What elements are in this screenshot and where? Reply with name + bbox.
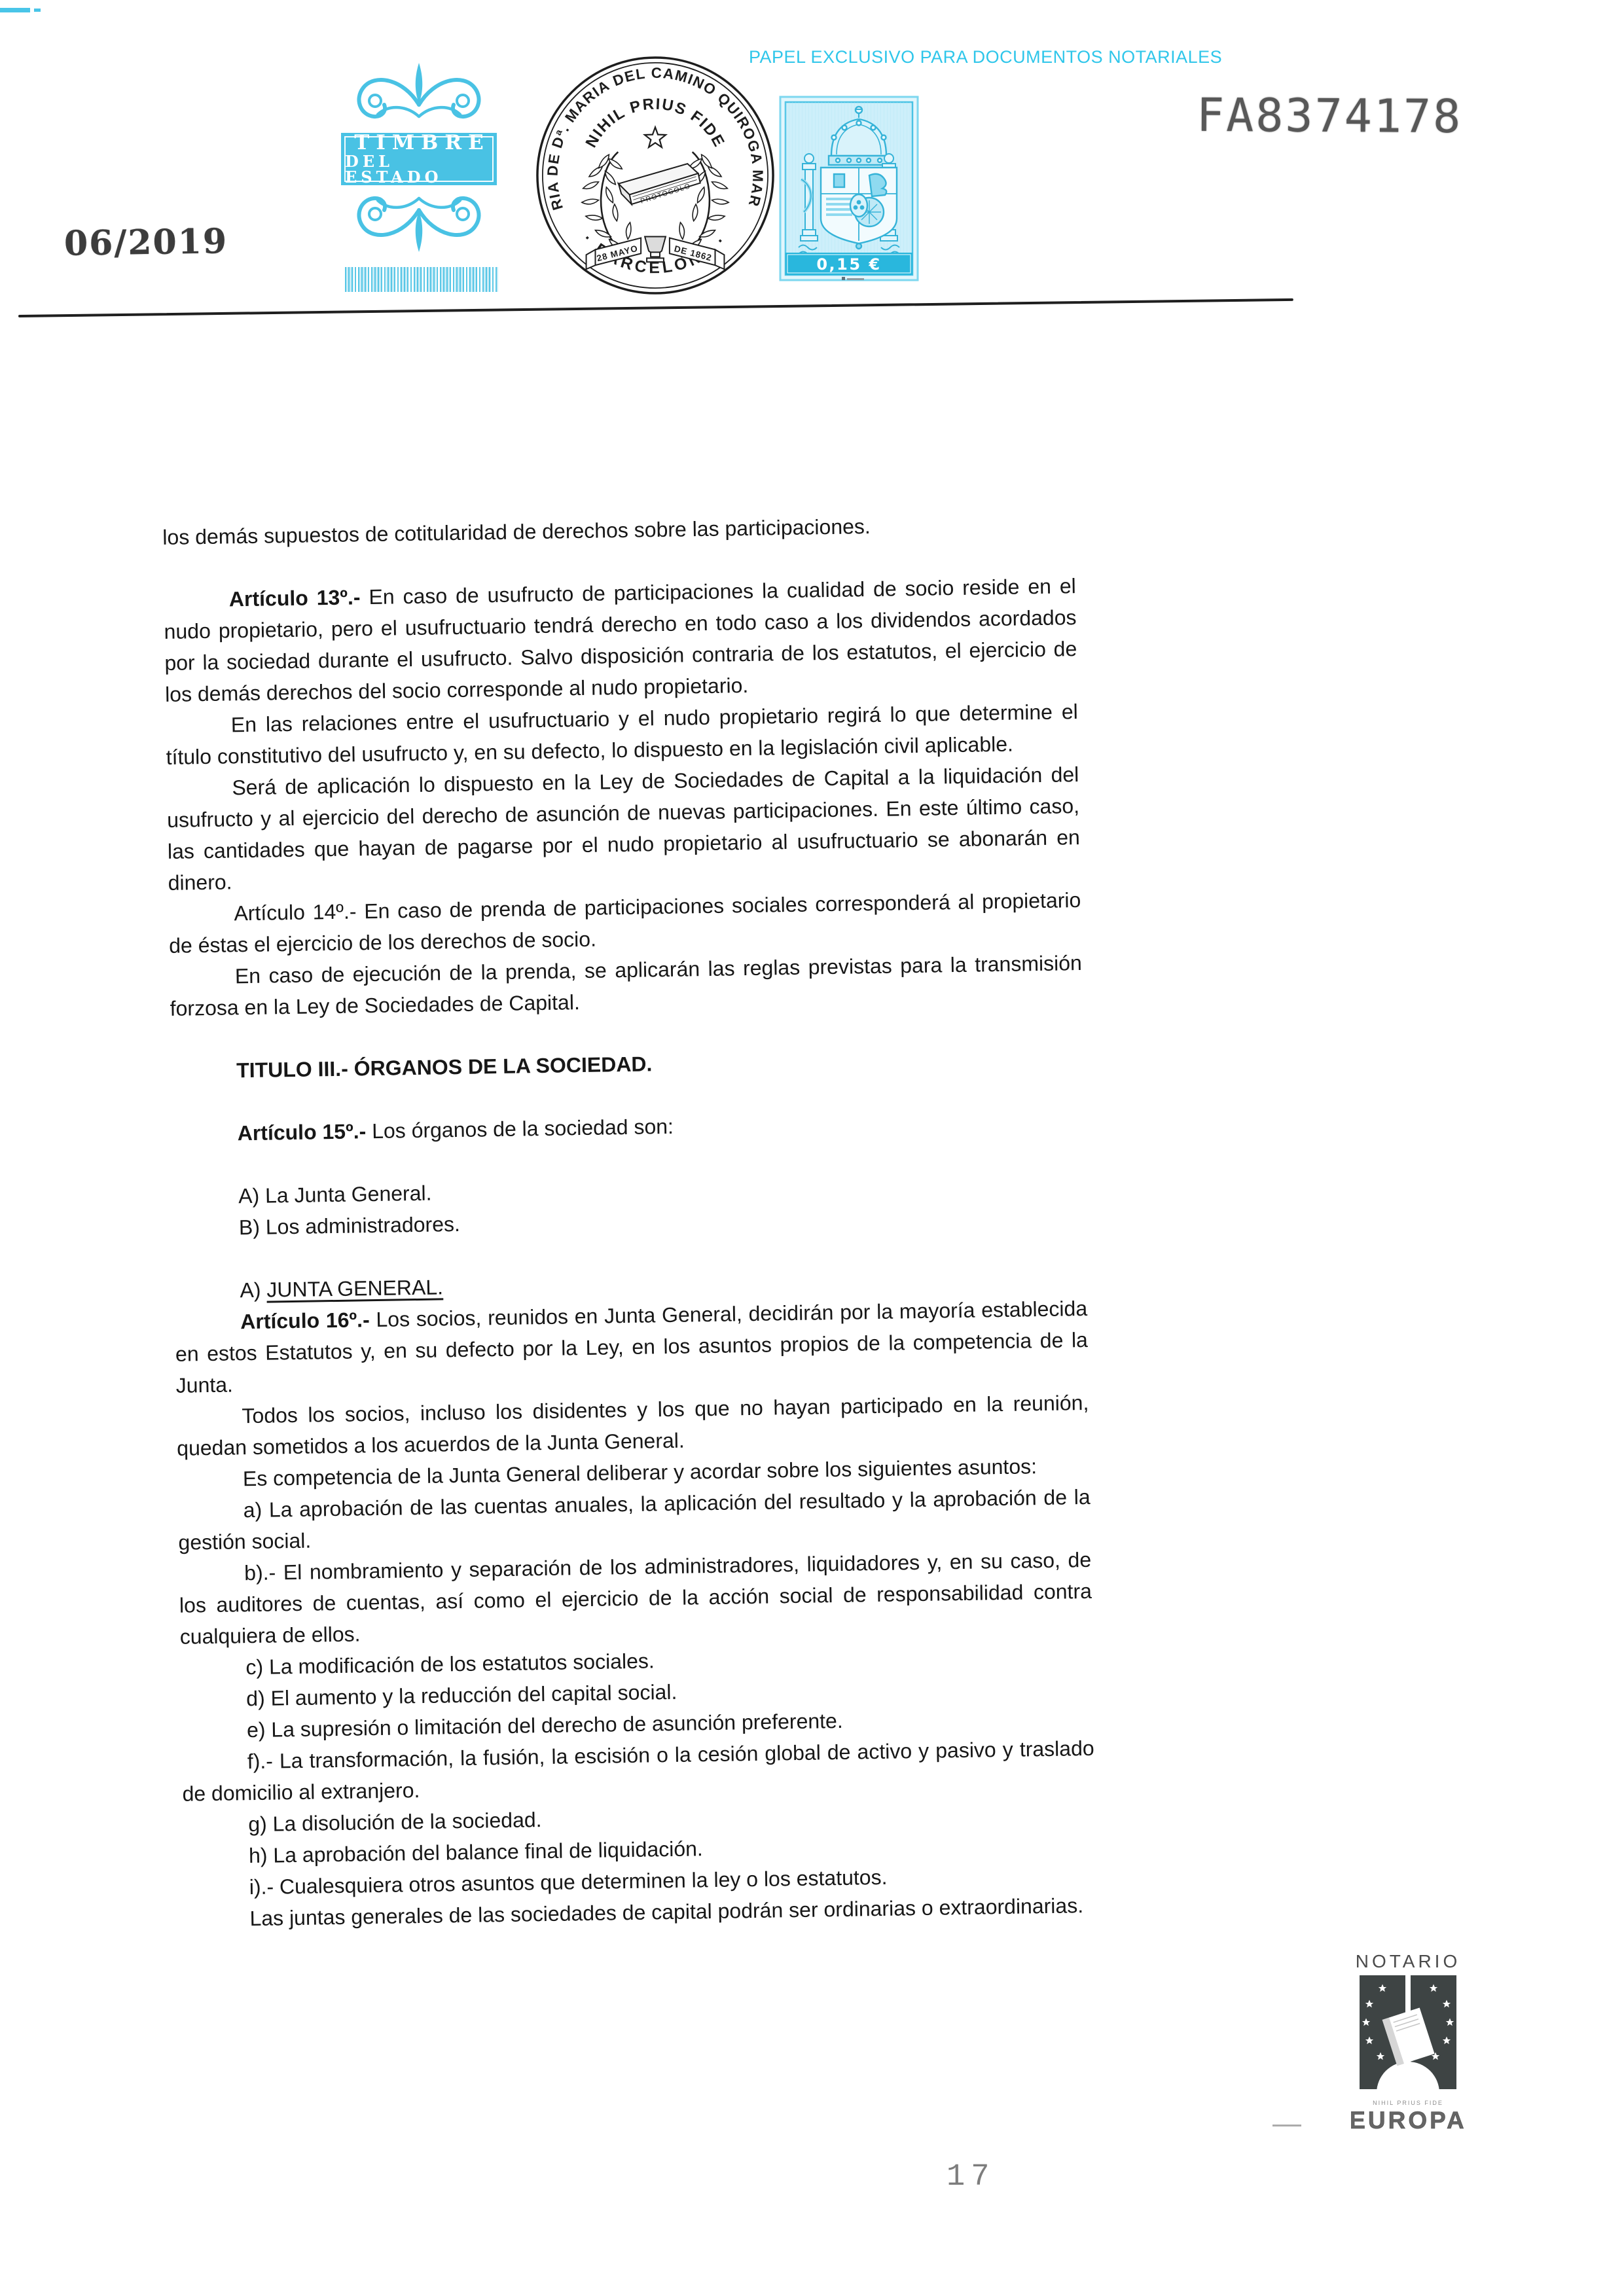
scan-artifact-dash [0,8,30,12]
seal-star-icon [645,127,666,147]
header-divider-line [18,298,1293,317]
paragraph: los demás supuestos de cotitularidad de … [162,507,1075,553]
security-microprint-bar [345,267,498,292]
paragraph: En caso de ejecución de la prenda, se ap… [170,947,1083,1024]
text-run: g) La disolución de la sociedad. [248,1808,542,1836]
timbre-label-line1: TIMBRE [348,133,490,153]
paragraph: Será de aplicación lo dispuesto en la Le… [166,759,1081,899]
text-run: Será de aplicación lo dispuesto en la Le… [167,762,1080,895]
text-run: A) [240,1278,266,1302]
timbre-del-estado-stamp: TIMBRE DEL ESTADO [338,58,500,260]
paragraph: Artículo 15º.- Los órganos de la socieda… [171,1104,1085,1150]
logo-europa-text: EUROPA [1351,2107,1465,2134]
text-run: f).- La transformación, la fusión, la es… [182,1736,1094,1806]
fiscal-stamp: 0,15 € [779,96,919,281]
text-run: JUNTA GENERAL. [266,1275,443,1301]
text-run: Artículo 16º.- [240,1308,370,1333]
text-run: Los órganos de la sociedad son: [366,1115,674,1143]
text-run: A) La Junta General. [238,1181,432,1208]
text-run: h) La aprobación del balance final de li… [249,1837,703,1867]
text-run: En caso de ejecución de la prenda, se ap… [170,951,1082,1020]
text-run: b).- El nombramiento y separación de los… [179,1548,1092,1649]
scan-artifact-dash [34,9,41,12]
notario-europa-logo: NOTARIO NIHIL PRIUS [1351,1950,1465,2159]
text-run: d) El aumento y la reducción del capital… [246,1680,677,1710]
text-run: B) Los administradores. [239,1212,460,1239]
scan-artifact-dash [1272,2125,1301,2126]
series-date-stamp: 06/2019 [64,221,228,263]
text-run: En las relaciones entre el usufructuario… [166,700,1078,769]
paragraph: Artículo 13º.- En caso de usufructo de p… [164,570,1078,710]
stamp-value: 0,15 € [816,255,881,274]
text-run: TITULO III.- ÓRGANOS DE LA SOCIEDAD. [236,1052,653,1082]
logo-micro-motto: NIHIL PRIUS FIDE [1373,2100,1443,2106]
notarial-document-page: 06/2019 TIMBRE DEL ESTADO [0,0,1624,2296]
paper-notice-text: PAPEL EXCLUSIVO PARA DOCUMENTOS NOTARIAL… [749,47,1222,67]
timbre-ornament-bottom-icon [338,185,500,257]
text-run: Artículo 13º.- [229,585,361,611]
text-run: los demás supuestos de cotitularidad de … [162,514,871,549]
paragraph: Artículo 16º.- Los socios, reunidos en J… [175,1293,1089,1401]
serial-number: FA8374178 [1197,88,1463,143]
document-body: los demás supuestos de cotitularidad de … [162,507,1097,1935]
text-run: Artículo 15º.- [237,1119,366,1145]
text-run: a) La aprobación de las cuentas anuales,… [178,1485,1091,1554]
text-run: e) La supresión o limitación del derecho… [247,1709,843,1742]
seal-protocol-book-icon: PROTOCOLO [617,162,702,209]
text-run: Todos los socios, incluso los disidentes… [177,1391,1089,1460]
notary-round-seal: NOTARIA DE Dª. MARIA DEL CAMINO QUIROGA … [532,50,779,300]
paragraph: b).- El nombramiento y separación de los… [179,1544,1092,1653]
logo-notario-text: NOTARIO [1356,1951,1460,1971]
paragraph: TITULO III.- ÓRGANOS DE LA SOCIEDAD. [171,1041,1084,1087]
text-run: c) La modificación de los estatutos soci… [245,1649,655,1679]
timbre-box: TIMBRE DEL ESTADO [341,133,497,185]
page-number: 17 [947,2160,995,2195]
text-run: Artículo 14º.- En caso de prenda de part… [169,888,1081,958]
timbre-ornament-top-icon [338,58,500,130]
timbre-label-line2: DEL ESTADO [341,154,497,185]
